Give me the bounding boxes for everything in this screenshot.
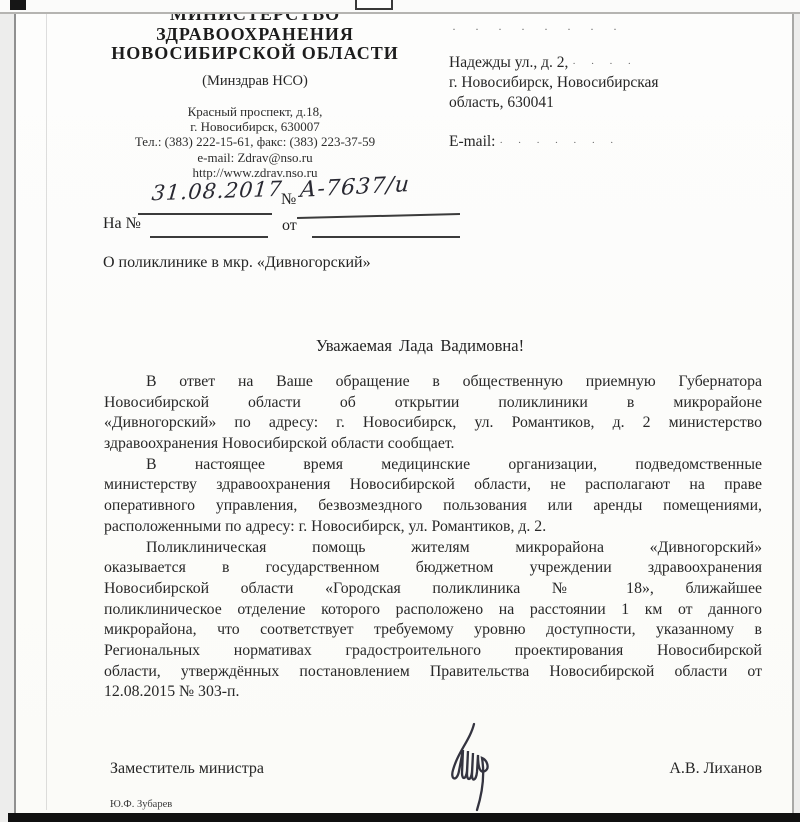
handwritten-date: 31.08.2017: [151, 177, 284, 206]
body-line: министерству здравоохранения Новосибирск…: [104, 475, 762, 496]
body-line: поликлиническое отделение которого распо…: [104, 600, 762, 621]
signer-name: А.В. Лиханов: [560, 760, 762, 778]
body-line: оперативного управления, безвозмездного …: [104, 496, 762, 517]
org-name-line: ЗДРАВООХРАНЕНИЯ: [95, 25, 415, 45]
viewer-left-border: [14, 12, 16, 822]
recipient-email-label: E-mail:: [449, 133, 496, 150]
body-line: В настоящее время медицинские организаци…: [104, 455, 762, 476]
body-line: расположенными по адресу: г. Новосибирск…: [104, 517, 762, 538]
reply-from-label: от: [282, 217, 297, 235]
body-line: области, утверждённых постановлением Пра…: [104, 662, 762, 683]
body-line: Новосибирской области об открытии поликл…: [104, 393, 762, 414]
body-line: микрорайона, что соответствует требуемом…: [104, 620, 762, 641]
org-name-line: НОВОСИБИРСКОЙ ОБЛАСТИ: [95, 44, 415, 64]
recipient-email-redaction-dots: · · · · · · ·: [499, 137, 619, 149]
letterhead-org-short-name: (Минздрав НСО): [95, 73, 415, 90]
body-line: Поликлиническая помощь жителям микрорайо…: [104, 538, 762, 559]
body-line: здравоохранения Новосибирской области со…: [104, 434, 762, 455]
body-line: Новосибирской области «Городская поликли…: [104, 579, 762, 600]
letterhead-street: Красный проспект, д.18,: [95, 104, 415, 119]
recipient-apartment-redaction-dots: · · · ·: [572, 58, 637, 70]
viewer-top-strip: [0, 0, 800, 12]
viewer-top-line: [0, 12, 800, 14]
executor-name: Ю.Ф. Зубарев: [110, 799, 172, 810]
number-sign: №: [281, 191, 296, 209]
recipient-city: г. Новосибирск, Новосибирская: [449, 74, 749, 92]
letter-body: В ответ на Ваше обращение в общественную…: [104, 372, 762, 703]
salutation: Уважаемая Лада Вадимовна!: [160, 336, 680, 356]
scan-artifact-white-box: [355, 0, 393, 10]
recipient-postcode: область, 630041: [449, 94, 749, 112]
scan-page-edge-artifact: [46, 14, 47, 810]
reply-date-underline: [312, 236, 460, 238]
letterhead-city: г. Новосибирск, 630007: [95, 119, 415, 134]
scanned-letter-viewer: МИНИСТЕРСТВО ЗДРАВООХРАНЕНИЯ НОВОСИБИРСК…: [0, 0, 800, 822]
reply-to-number-label: На №: [103, 215, 141, 233]
recipient-name-redaction-dots: · · · · · · · ·: [452, 22, 625, 37]
recipient-address-line: Надежды ул., д. 2, · · · ·: [449, 54, 749, 72]
body-line: 12.08.2015 № 303-п.: [104, 682, 762, 703]
date-underline: [138, 213, 272, 215]
letterhead-email: e-mail: Zdrav@nso.ru: [95, 150, 415, 165]
recipient-street: Надежды ул., д. 2,: [449, 54, 568, 71]
body-line: Региональных нормативах градостроительно…: [104, 641, 762, 662]
signer-position-title: Заместитель министра: [110, 760, 264, 778]
body-line: оказывается в государственном бюджетном …: [104, 558, 762, 579]
body-line: «Дивногорский» по адресу: г. Новосибирск…: [104, 413, 762, 434]
subject-line: О поликлинике в мкр. «Дивногорский»: [103, 254, 371, 272]
letterhead-contact-block: Красный проспект, д.18, г. Новосибирск, …: [95, 104, 415, 180]
letterhead-phone-fax: Тел.: (383) 222-15-61, факс: (383) 223-3…: [95, 134, 415, 149]
signature-scribble: [432, 720, 504, 815]
scan-artifact-black-mark: [10, 0, 26, 10]
body-line: В ответ на Ваше обращение в общественную…: [104, 372, 762, 393]
recipient-email-row: E-mail: · · · · · · ·: [449, 133, 749, 151]
reply-number-underline: [150, 236, 268, 238]
viewer-right-border: [792, 12, 794, 822]
bottom-scan-bar: [8, 813, 800, 822]
